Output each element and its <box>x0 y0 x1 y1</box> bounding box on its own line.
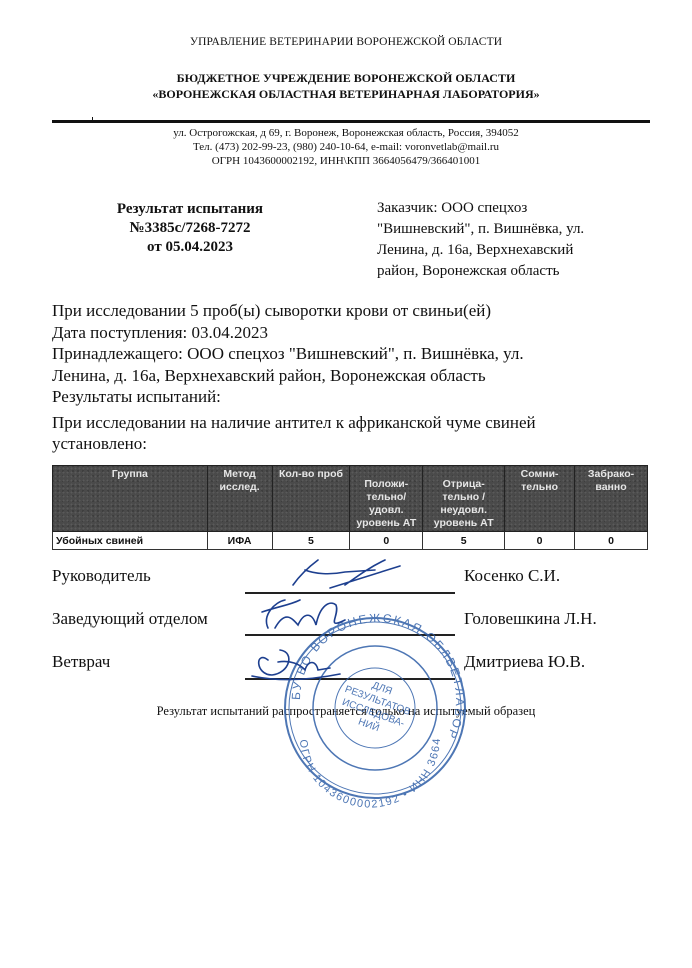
signature-director <box>293 560 400 588</box>
stamp-inner-text: ДЛЯРЕЗУЛЬТАТОВИССЛЕДОВА-НИЙ <box>334 672 416 743</box>
stamp-outer-text: БУ ВО ВОРОНЕЖСКАЯ ОБЛВЕТЛАБОРАТОРИЯ <box>0 0 467 741</box>
seal-stamp: БУ ВО ВОРОНЕЖСКАЯ ОБЛВЕТЛАБОРАТОРИЯ ОГРН… <box>0 0 467 811</box>
stamp-and-signatures: БУ ВО ВОРОНЕЖСКАЯ ОБЛВЕТЛАБОРАТОРИЯ ОГРН… <box>0 0 692 968</box>
